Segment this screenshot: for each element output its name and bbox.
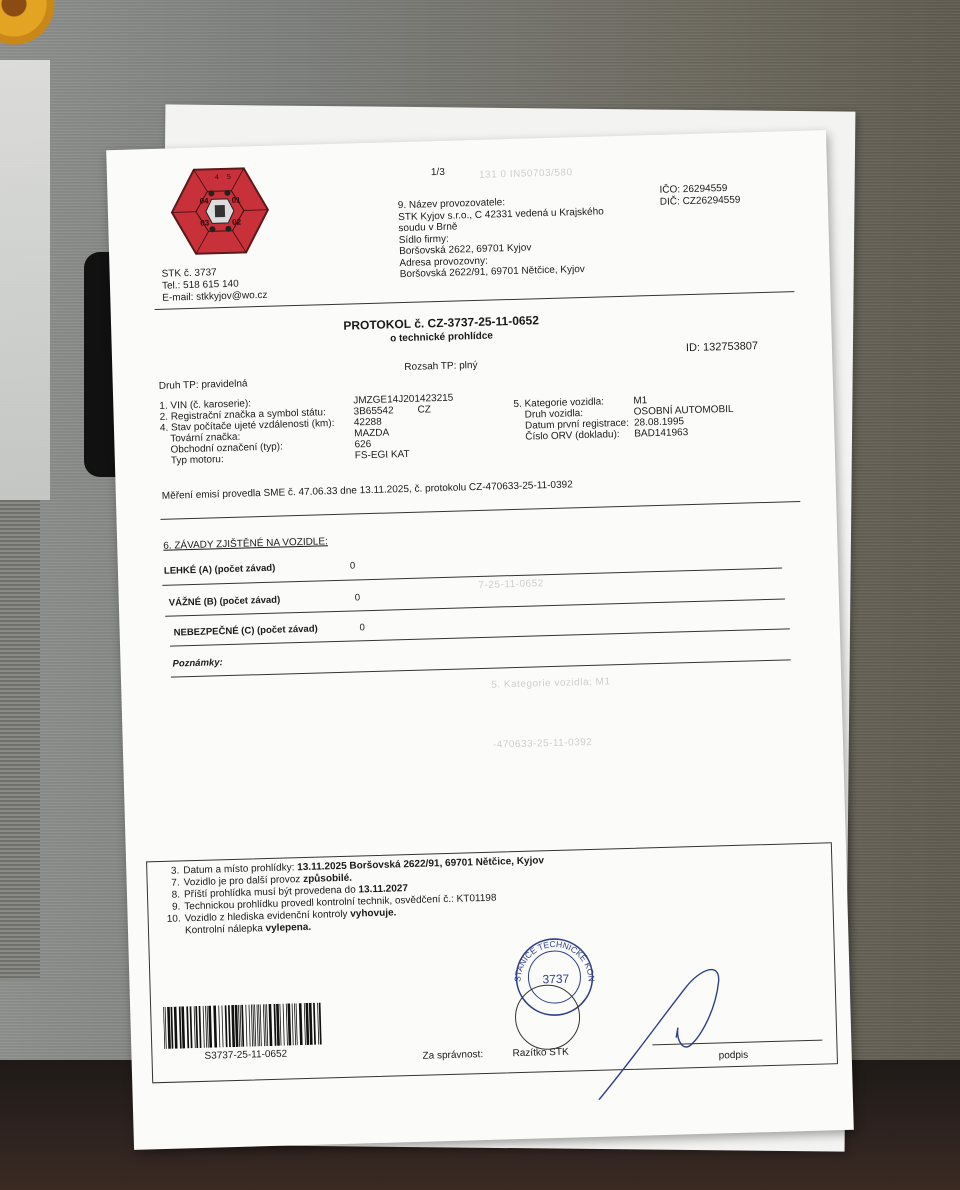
- defect-row-dangerous: NEBEZPEČNÉ (C) (počet závad) 0: [174, 622, 366, 638]
- defect-row-light: LEHKÉ (A) (počet závad) 0: [164, 560, 356, 576]
- defect-label: LEHKÉ (A) (počet závad): [164, 561, 350, 577]
- defects-heading: 6. ZÁVADY ZJIŠTĚNÉ NA VOZIDLE:: [163, 536, 328, 552]
- stamp-icon: STANICE TECHNICKÉ KONTROLY 3737: [501, 928, 605, 1061]
- svg-text:01: 01: [231, 196, 241, 205]
- bleed-through-text: -470633-25-11-0392: [493, 737, 593, 751]
- for-correctness-label: Za správnost:: [422, 1049, 483, 1062]
- signature-label: podpis: [719, 1050, 749, 1062]
- bleed-through-text: 7-25-11-0652: [478, 578, 544, 591]
- station-contact: STK č. 3737 Tel.: 518 615 140 E-mail: st…: [162, 266, 268, 305]
- emissions-measurement: Měření emisí provedla SME č. 47.06.33 dn…: [162, 479, 573, 501]
- svg-text:4: 4: [215, 174, 219, 181]
- svg-text:02: 02: [232, 217, 242, 226]
- dic: DIČ: CZ26294559: [660, 194, 741, 208]
- tablecloth: [0, 60, 50, 500]
- inspection-result-box: 3.Datum a místo prohlídky: 13.11.2025 Bo…: [146, 842, 838, 1083]
- vehicle-details-left: 1. VIN (č. karoserie):JMZGE14J2014232152…: [159, 392, 479, 467]
- result-lines: 3.Datum a místo prohlídky: 13.11.2025 Bo…: [165, 855, 546, 938]
- svg-text:5: 5: [227, 174, 231, 181]
- inspection-scope: Rozsah TP: plný: [404, 360, 477, 373]
- operator-info: 9. Název provozovatele: STK Kyjov s.r.o.…: [398, 194, 606, 280]
- document-id: ID: 132753807: [686, 340, 758, 354]
- notes-label: Poznámky:: [172, 657, 222, 669]
- defect-row-serious: VÁŽNÉ (B) (počet závad) 0: [169, 592, 361, 608]
- signature-icon: [590, 956, 744, 1100]
- inspection-protocol-page: 1/3 4 5 04 01 03 02 STK č. 3737 Tel.: 51…: [106, 130, 854, 1150]
- field-value: M1: [633, 395, 647, 406]
- page-number: 1/3: [431, 167, 445, 178]
- field-value: BAD141963: [634, 427, 688, 440]
- bleed-through-text: 5. Kategorie vozidla: M1: [491, 676, 611, 690]
- defect-count: 0: [359, 622, 365, 633]
- field-label: Číslo ORV (dokladu):: [514, 429, 634, 443]
- stk-logo-icon: 4 5 04 01 03 02: [169, 166, 271, 257]
- barcode-text: S3737-25-11-0652: [204, 1049, 287, 1062]
- field-value: FS-EGI KAT: [355, 448, 434, 461]
- protocol-title-block: PROTOKOL č. CZ-3737-25-11-0652 o technic…: [311, 312, 572, 346]
- divider: [171, 659, 791, 677]
- inspection-type: Druh TP: pravidelná: [159, 378, 248, 391]
- defect-count: 0: [350, 560, 356, 571]
- company-ids: IČO: 26294559 DIČ: CZ26294559: [659, 183, 740, 208]
- svg-text:03: 03: [200, 218, 210, 227]
- divider: [160, 501, 800, 520]
- svg-text:04: 04: [200, 196, 210, 205]
- vehicle-details-right: 5. Kategorie vozidla:M1Druh vozidla:OSOB…: [513, 393, 734, 443]
- field-value: MAZDA: [354, 427, 413, 440]
- station-email: E-mail: stkkyjov@wo.cz: [162, 290, 267, 305]
- defect-label: NEBEZPEČNÉ (C) (počet závad): [174, 622, 360, 638]
- svg-text:3737: 3737: [542, 972, 569, 987]
- barcode-icon: [163, 1003, 324, 1049]
- bleed-through-text: 131 0 IN50703/580: [479, 167, 573, 181]
- tablecloth-fringe: [0, 500, 40, 980]
- defect-label: VÁŽNÉ (B) (počet závad): [169, 592, 355, 608]
- defect-count: 0: [355, 592, 361, 603]
